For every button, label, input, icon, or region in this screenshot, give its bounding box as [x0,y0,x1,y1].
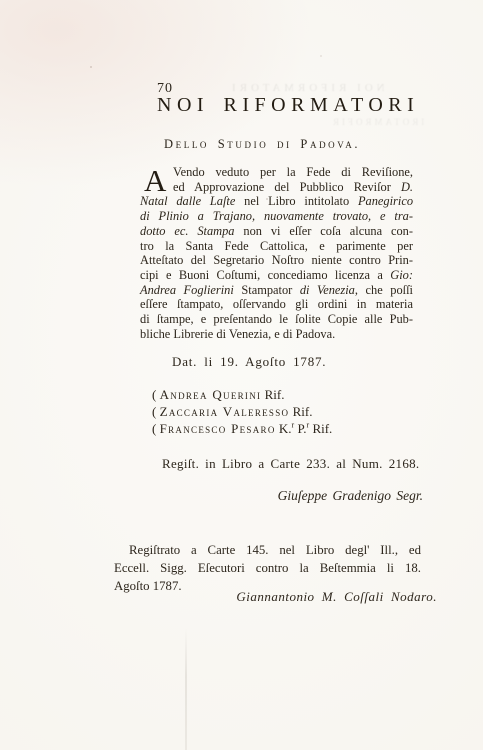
secretary-signature: Giuſeppe Gradenigo Segr. [150,488,423,504]
execution-note-line: Regiſtrato a Carte 145. nel Libro degl' … [114,541,421,559]
small-caps-name: Francesco Pesaro [160,421,276,436]
scanned-book-page: NOI RIFORMATORI IROTAMROFIR 70 NOI RIFOR… [0,0,483,750]
small-caps-name: Zaccaria Valeresso [160,404,290,419]
italic-text: Natal dalle Laſte [140,194,235,208]
body-line: ed Approvazione del Pubblico Reviſor D. [140,180,413,195]
body-line: tro la Santa Fede Cattolica, e parimente… [140,239,413,254]
text-segment: eſſere ſtampato, oſſervando gli ordini i… [140,297,413,311]
text-segment: ( [152,387,160,402]
body-line: eſſere ſtampato, oſſervando gli ordini i… [140,297,413,312]
body-line: Natal dalle Laſte nel Libro intitolato P… [140,194,413,209]
signature-line: ( Andrea Querini Rif. [152,386,332,403]
body-line: Andrea Foglierini Stampator di Venezia, … [140,283,413,298]
text-segment: Vendo veduto per la Fede di Reviſione, [173,165,413,179]
reformers-signature-list: ( Andrea Querini Rif.( Zaccaria Valeress… [152,386,332,437]
signature-line: ( Francesco Pesaro K.r P.r Rif. [152,420,332,437]
italic-text: di Plinio a Trajano, nuovamente trovato,… [140,209,413,223]
text-segment: Rif. [261,387,284,402]
notary-signature: Giannantonio M. Coſſali Nodaro. [150,589,437,605]
signature-line: ( Zaccaria Valeresso Rif. [152,403,332,420]
bleed-through-text: NOI RIFORMATORI [228,82,385,94]
text-segment: ed Approvazione del Pubblico Reviſor [173,180,401,194]
body-line: dotto ec. Stampa non vi eſſer coſa alcun… [140,224,413,239]
italic-text: dotto ec. Stampa [140,224,235,238]
text-segment: Rif. [309,421,332,436]
execution-note-line: Eccell. Sigg. Eſecutori contro la Beſtem… [114,559,421,577]
text-segment: di ſtampe, e preſentando le ſolite Copie… [140,312,413,326]
italic-text: Gio: [390,268,413,282]
registration-line: Regiſt. in Libro a Carte 233. al Num. 21… [162,456,419,472]
small-caps-name: Andrea Querini [160,387,262,402]
body-line: Atteſtato del Segretario Noſtro niente c… [140,253,413,268]
italic-text: D. [401,180,413,194]
text-segment: Stampator [234,283,300,297]
license-paragraph: Vendo veduto per la Fede di Reviſione,ed… [140,165,413,341]
text-segment: ( [152,404,160,419]
italic-text: Panegirico [358,194,413,208]
text-segment: tro la Santa Fede Cattolica, e parimente… [140,239,413,253]
italic-text: Andrea Foglierini [140,283,234,297]
page-title: NOI RIFORMATORI [157,94,427,117]
text-segment: Atteſtato del Segretario Noſtro niente c… [140,253,413,267]
execution-note: Regiſtrato a Carte 145. nel Libro degl' … [114,541,421,596]
text-segment: bliche Librerie di Venezia, e di Padova. [140,327,335,341]
italic-text: di Venezia [300,283,355,297]
page-subtitle: Dello Studio di Padova. [164,137,360,152]
text-segment: K. [276,421,292,436]
body-line: di ſtampe, e preſentando le ſolite Copie… [140,312,413,327]
body-line: di Plinio a Trajano, nuovamente trovato,… [140,209,413,224]
text-segment: ( [152,421,160,436]
text-segment: nel Libro intitolato [235,194,358,208]
text-segment: Rif. [289,404,312,419]
bleed-through-text: IROTAMROFIR [330,117,424,127]
paper-crease [185,628,187,750]
body-line: Vendo veduto per la Fede di Reviſione, [140,165,413,180]
text-segment: P. [294,421,306,436]
text-segment: non vi eſſer coſa alcuna con- [235,224,414,238]
text-segment: cipi e Buoni Coſtumi, concediamo licenza… [140,268,390,282]
body-line: bliche Librerie di Venezia, e di Padova. [140,327,413,342]
text-segment: , che poſſi [355,283,413,297]
paper-speck [90,66,92,68]
body-line: cipi e Buoni Coſtumi, concediamo licenza… [140,268,413,283]
date-line: Dat. li 19. Agoſto 1787. [172,354,326,370]
paper-speck [320,55,322,57]
